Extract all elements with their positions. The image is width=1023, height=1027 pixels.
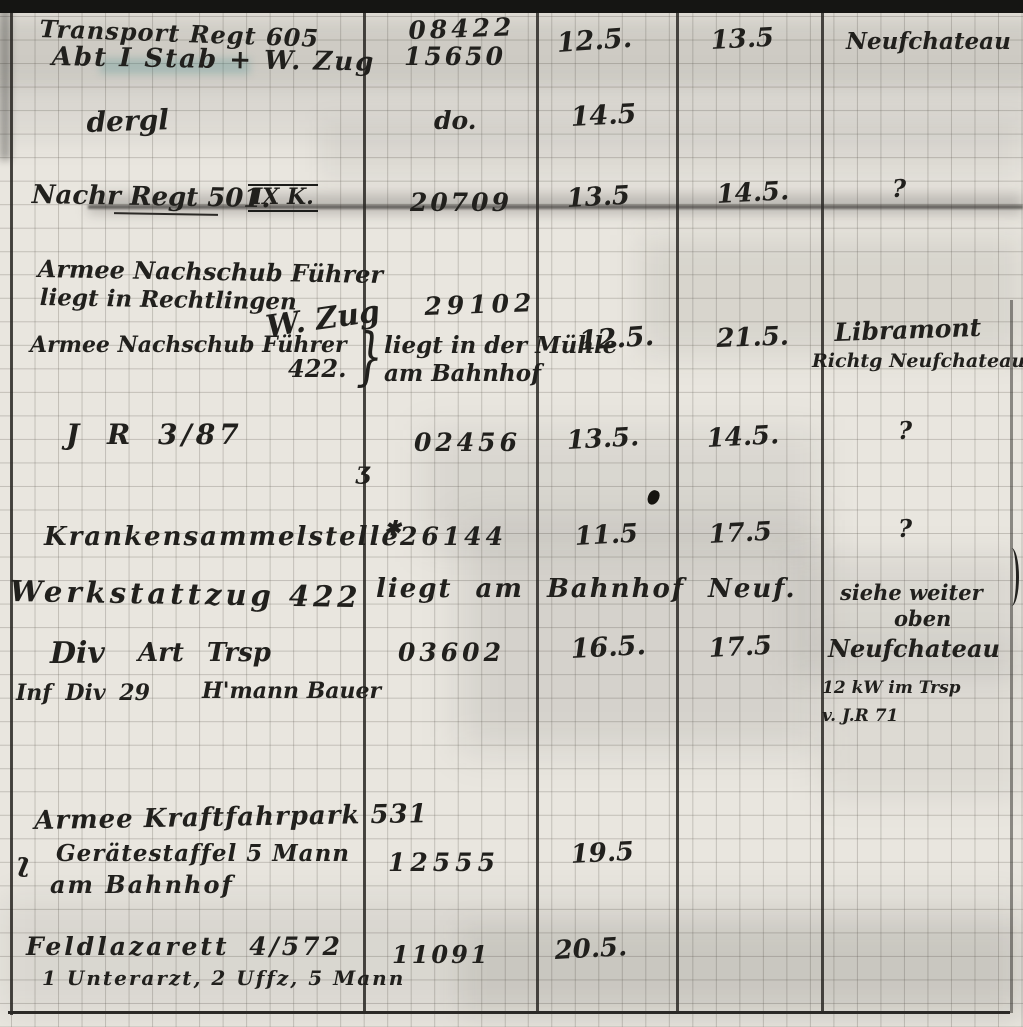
entry-10-number-line1: 11091 xyxy=(392,942,491,967)
stray-squiggle: ʒ xyxy=(356,458,370,483)
entry-5-date1: 13.5. xyxy=(566,424,640,455)
entry-6-unit-line1: Krankensammelstelle xyxy=(44,524,400,551)
entry-8-unit-line1: Div xyxy=(50,638,105,670)
shade-bottom-right xyxy=(460,925,1023,1015)
entry-7-note-line1: liegt am Bahnhof Neuf. xyxy=(376,576,797,603)
entry-0-unit-line2: Abt I Stab + W. Zug xyxy=(52,44,376,77)
entry-6-remark-line1: ? xyxy=(898,516,912,541)
entry-2-remark-line1: ? xyxy=(892,176,906,201)
entry-9-unit-line3: am Bahnhof xyxy=(50,872,234,897)
entry-7-unit-line1: Werkstattzug 422 xyxy=(9,576,361,613)
entry-4-remark-line1: Libramont xyxy=(834,315,982,346)
entry-4-remark-line2: Richtg Neufchateau xyxy=(812,352,1023,372)
entry-2-unit-suffix: IX K. xyxy=(248,184,318,212)
edge-mark xyxy=(1004,548,1019,606)
entry-0-number-line1: 08422 xyxy=(408,14,516,44)
bottom-rule xyxy=(8,1011,1010,1014)
entry-9-unit-line2: Gerätestaffel 5 Mann xyxy=(56,842,350,866)
entry-2-date2: 14.5. xyxy=(716,178,790,209)
entry-5-remark-line1: ? xyxy=(898,418,912,443)
entry-0-date1: 12.5. xyxy=(556,25,633,59)
entry-4-unit-num: 422. xyxy=(288,356,346,381)
entry-8-date2: 17.5 xyxy=(708,633,773,664)
entry-5-number-line1: 02456 xyxy=(414,430,521,456)
entry-9-number-line1: 12555 xyxy=(388,850,500,876)
entry-8-date1: 16.5. xyxy=(570,632,647,664)
entry-4-note-line2: am Bahnhof xyxy=(384,362,541,386)
entry-3-unit-line2: liegt in Rechtlingen xyxy=(40,286,297,315)
shade-row3-band xyxy=(320,120,1023,180)
entry-10-date1: 20.5. xyxy=(554,934,628,965)
entry-8-unit-line1b: Art Trsp xyxy=(138,640,271,667)
left-border xyxy=(10,13,13,1015)
scanned-handwritten-supply-list: Transport Regt 605 Abt I Stab + W. Zug 0… xyxy=(0,0,1023,1027)
entry-4-number-line1: 29102 xyxy=(424,290,537,320)
entry-8-remark-line1: Neufchateau xyxy=(828,636,1000,661)
col-divider-3 xyxy=(676,13,679,1013)
entry-6-number-line1: 26144 xyxy=(400,524,507,550)
entry-1-date1: 14.5 xyxy=(570,101,637,133)
entry-8-remark-line3: v. J.R 71 xyxy=(822,708,898,726)
entry-5-date2: 14.5. xyxy=(706,422,780,453)
entry-8-remark-line2: 12 kW im Trsp xyxy=(822,680,961,698)
entry-2-number-line1: 20709 xyxy=(410,190,512,216)
ink-blot xyxy=(646,489,661,507)
entry-6-date1: 11.5 xyxy=(574,521,639,552)
entry-2-unit-line1: Nachr Regt 501. xyxy=(32,182,271,213)
entry-1-unit-line1: dergl xyxy=(86,105,169,137)
entry-5-unit-line1: J R 3/87 xyxy=(66,420,243,449)
entry-4-date2: 21.5. xyxy=(716,323,789,353)
entry-0-date2: 13.5 xyxy=(710,25,775,56)
col-divider-1 xyxy=(363,13,366,1013)
entry-10-unit-line2: 1 Unterarzt, 2 Uffz, 5 Mann xyxy=(42,968,405,989)
col-divider-2 xyxy=(536,13,539,1013)
entry-8-unit-line2: Inf Div 29 xyxy=(16,682,150,705)
entry-4-date1: 12.5. xyxy=(578,323,655,357)
margin-squiggle: ʅ xyxy=(16,850,30,877)
right-border xyxy=(1010,300,1013,1013)
entry-7-remark-line1: siehe weiter xyxy=(840,582,983,604)
entry-10-unit-line1: Feldlazarett 4/572 xyxy=(26,934,343,960)
entry-6-date2: 17.5 xyxy=(708,519,773,550)
entry-3-unit-line1: Armee Nachschub Führer xyxy=(38,256,384,287)
entry-9-date1: 19.5 xyxy=(570,839,635,870)
entry-8-unit-line2b: H'mann Bauer xyxy=(202,680,381,703)
entry-8-number-line1: 03602 xyxy=(398,640,505,666)
entry-2-date1: 13.5 xyxy=(566,183,631,214)
entry-1-number-line1: do. xyxy=(434,108,476,134)
asterisk-mark: ✱ xyxy=(384,518,401,539)
brace-mark: } xyxy=(356,324,383,390)
entry-7-remark-line2: oben xyxy=(894,608,951,630)
shade-left-edge xyxy=(0,0,10,160)
entry-9-unit-line1: Armee Kraftfahrpark 531 xyxy=(34,801,428,835)
entry-0-number-line2: 15650 xyxy=(404,44,506,70)
entry-0-remark-line1: Neufchateau xyxy=(846,30,1011,54)
top-edge-bar xyxy=(0,0,1023,13)
col-divider-4 xyxy=(821,13,824,1013)
